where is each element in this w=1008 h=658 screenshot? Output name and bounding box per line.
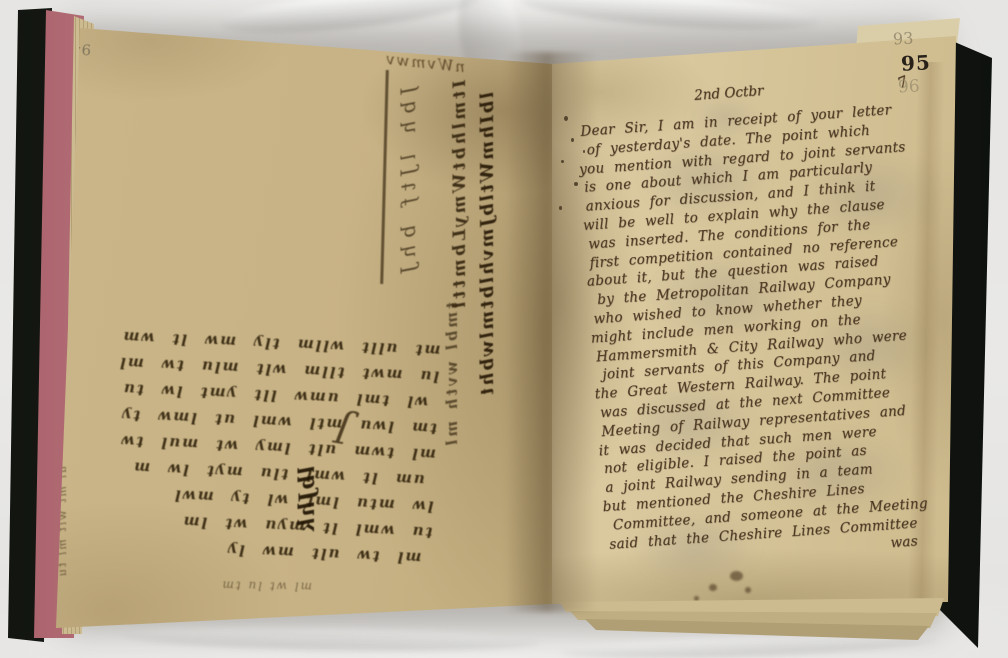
ink-stain: [730, 571, 743, 581]
page-number-faint-below: 96: [897, 76, 920, 97]
ink-bleedthrough-column: lbIhmWtlbJmvhlbtmlwbhtIml: [477, 92, 498, 394]
ink-stain: [709, 584, 717, 591]
ink-bleedthrough-column: Jbh lJtf bhJ: [396, 86, 420, 292]
gutter-shadow: [505, 52, 597, 612]
page-number-current: 95: [900, 50, 931, 76]
page-number-faint-above: 93: [893, 28, 914, 48]
ink-bleedthrough-stroke: [380, 70, 388, 284]
letter-body: Dear Sir, I am in receipt of your letter…: [580, 98, 967, 573]
ink-bleedthrough-block: mt ullt wllm tly mw lt wmlu mwt tllm wlt…: [79, 322, 441, 571]
ink-bleedthrough-column: tmbl wvth ml: [443, 302, 461, 452]
ink-stain: [745, 587, 751, 593]
ink-bleedthrough-blot: lbJhk: [294, 466, 319, 578]
handwritten-letter: 2nd Octbr 7 Dear Sir, I am in receipt of…: [578, 71, 966, 573]
ink-stain: [694, 596, 699, 601]
letter-date: 2nd Octbr: [694, 83, 764, 106]
ink-bleedthrough-column: ItmlhbtWmyLbmttlvmbwl: [450, 80, 470, 312]
ink-bleedthrough-footer: ml wt lu tm: [92, 576, 312, 594]
photo-of-open-letter-book: 94 nWvmwv Jbh lJtf bhJ ItmlhbtWmyLbmttlv…: [0, 0, 1008, 658]
